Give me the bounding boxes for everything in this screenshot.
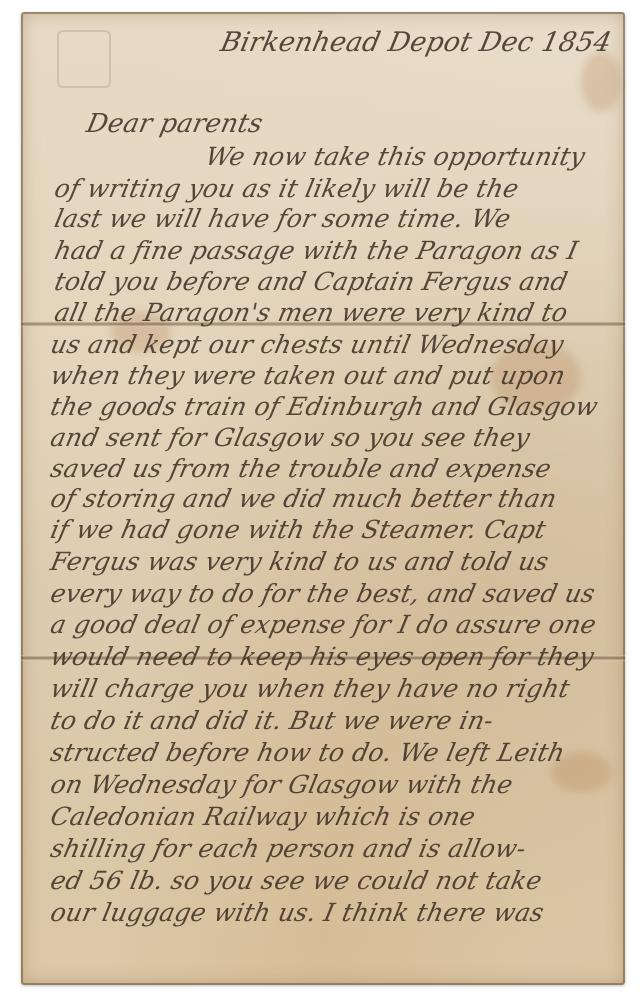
letter-line: every way to do for the best, and saved … [48,579,598,608]
letter-line: Caledonian Railway which is one [48,802,478,831]
letter-line: last we will have for some time. We [52,204,514,233]
letter-line: all the Paragon's men were very kind to [52,298,571,327]
letter-line: of storing and we did much better than [48,484,560,513]
letter-line: on Wednesday for Glasgow with the [48,770,516,799]
embossed-stamp [57,30,111,88]
letter-line: our luggage with us. I think there was [48,898,547,927]
letter-line: if we had gone with the Steamer. Capt [48,515,549,544]
letter-salutation: Dear parents [84,109,266,139]
letter-line: us and kept our chests until Wednesday [48,330,567,359]
letter-line: and sent for Glasgow so you see they [48,423,533,452]
letter-line: shilling for each person and is allow- [48,834,529,863]
letter-line: had a fine passage with the Paragon as I [52,236,581,265]
letter-line: saved us from the trouble and expense [48,454,554,483]
letter-header: Birkenhead Depot Dec 1854 [218,27,615,58]
letter-line: of writing you as it likely will be the [52,174,522,203]
paper-stain [581,52,621,112]
letter-line: Fergus was very kind to us and told us [48,547,551,576]
letter-line: ed 56 lb. so you see we could not take [48,866,545,895]
letter-line: structed before how to do. We left Leith [48,738,568,767]
letter-line: a good deal of expense for I do assure o… [48,610,599,639]
letter-line: to do it and did it. But we were in- [48,706,496,735]
letter-line: would need to keep his eyes open for the… [48,642,597,671]
letter-page: Birkenhead Depot Dec 1854 Dear parents W… [21,12,625,985]
letter-line: the goods train of Edinburgh and Glasgow [48,392,601,421]
letter-line: We now take this opportunity [203,142,588,171]
letter-line: told you before and Captain Fergus and [52,267,570,296]
letter-line: will charge you when they have no right [48,674,573,703]
letter-line: when they were taken out and put upon [48,361,568,390]
